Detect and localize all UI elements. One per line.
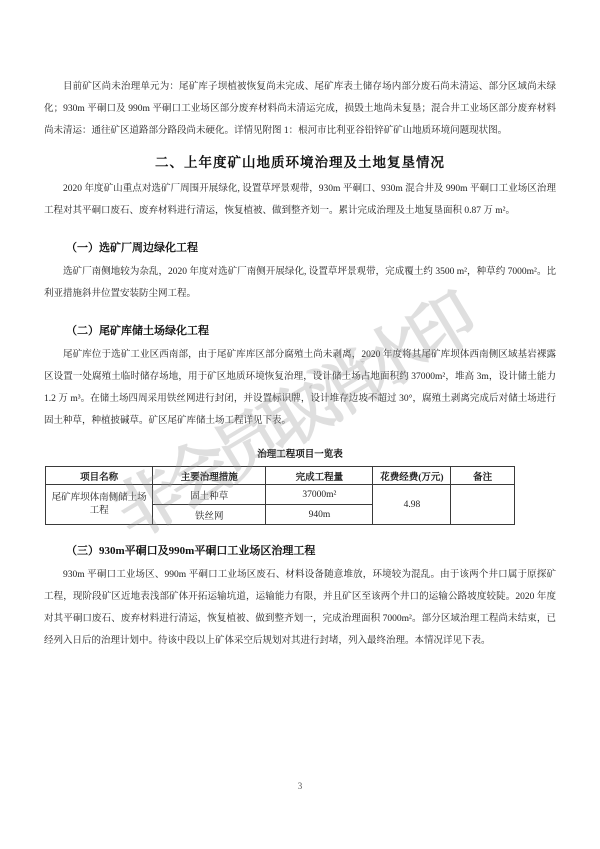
document-page: 非会员取消水印 目前矿区尚未治理单元为：尾矿库子坝植被恢复尚未完成、尾矿库表土储… [0,0,600,849]
cell-cost: 4.98 [373,485,451,525]
section-heading-main: 二、上年度矿山地质环境治理及土地复垦情况 [44,151,556,171]
subsection-heading-1: （一）选矿厂周边绿化工程 [44,239,556,255]
table-header-row: 项目名称 主要治理措施 完成工程量 花费经费(万元) 备注 [46,467,515,485]
treatment-projects-table: 项目名称 主要治理措施 完成工程量 花费经费(万元) 备注 尾矿库坝体南侧储土场… [45,466,515,525]
paragraph-subsection-3: 930m 平硐口工业场区、990m 平硐口工业场区废石、材料设备随意堆放，环境较… [44,564,556,652]
cell-measure-1: 固土种草 [153,485,266,505]
cell-quantity-1: 37000m² [266,485,373,505]
column-header-cost: 花费经费(万元) [373,467,451,485]
cell-quantity-2: 940m [266,505,373,525]
paragraph-untreated-units: 目前矿区尚未治理单元为：尾矿库子坝植被恢复尚未完成、尾矿库表土储存场内部分废石尚… [44,76,556,142]
subsection-heading-2: （二）尾矿库储土场绿化工程 [44,322,556,338]
column-header-measures: 主要治理措施 [153,467,266,485]
paragraph-subsection-1: 选矿厂南侧地较为杂乱，2020 年度对选矿厂南侧开展绿化, 设置草坪景观带，完成… [44,261,556,305]
subsection-heading-3: （三）930m平硐口及990m平硐口工业场区治理工程 [44,542,556,558]
column-header-project-name: 项目名称 [46,467,153,485]
table-title: 治理工程项目一览表 [44,446,556,460]
cell-measure-2: 铁丝网 [153,505,266,525]
paragraph-subsection-2: 尾矿库位于选矿工业区西南部，由于尾矿库库区部分腐殖土尚未剥离，2020 年度将其… [44,344,556,432]
cell-remark [451,485,515,525]
document-body: 目前矿区尚未治理单元为：尾矿库子坝植被恢复尚未完成、尾矿库表土储存场内部分废石尚… [44,76,556,652]
column-header-remark: 备注 [451,467,515,485]
table-row: 尾矿库坝体南侧储土场工程 固土种草 37000m² 4.98 [46,485,515,505]
column-header-quantity: 完成工程量 [266,467,373,485]
paragraph-2020-overview: 2020 年度矿山重点对选矿厂周围开展绿化, 设置草坪景观带，930m 平硐口、… [44,178,556,222]
page-number: 3 [0,781,600,791]
cell-project-name: 尾矿库坝体南侧储土场工程 [46,485,153,525]
